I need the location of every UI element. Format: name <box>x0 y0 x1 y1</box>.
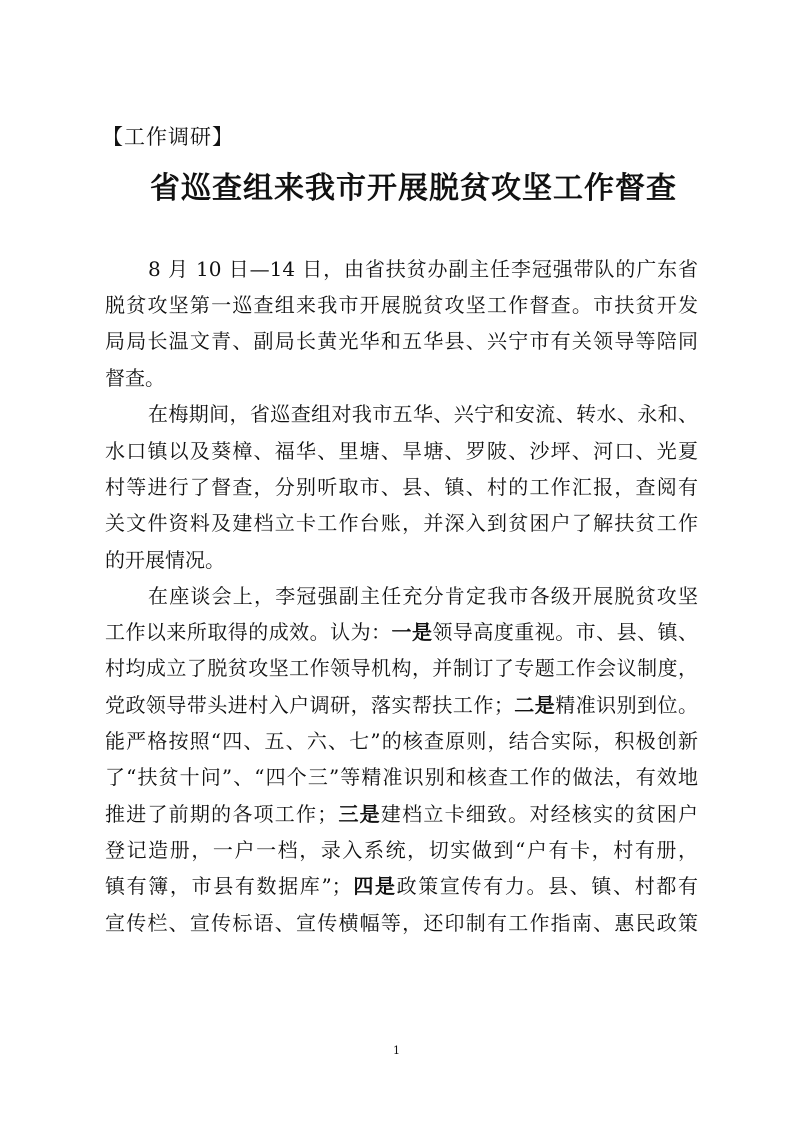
text-line: 了“扶贫十问”、“四个三”等精准识别和核查工作的做法，有效地 <box>105 763 698 791</box>
text-line: 登记造册，一户一档，录入系统，切实做到“户有卡，村有册， <box>105 836 698 864</box>
text-line: 推进了前期的各项工作；三是建档立卡细致。对经核实的贫困户 <box>105 800 698 828</box>
text-run: 党政领导带头进村入户调研，落实帮扶工作； <box>105 693 514 717</box>
text-line: 宣传栏、宣传标语、宣传横幅等，还印制有工作指南、惠民政策 <box>105 909 698 937</box>
text-line: 8 月 10 日—14 日，由省扶贫办副主任李冠强带队的广东省 <box>148 255 698 283</box>
text-run: 镇有簿，市县有数据库”； <box>105 874 352 898</box>
bold-term: 三是 <box>337 802 381 826</box>
text-run: 推进了前期的各项工作； <box>105 802 337 826</box>
text-line: 脱贫攻坚第一巡查组来我市开展脱贫攻坚工作督查。市扶贫开发 <box>105 291 698 319</box>
text-line: 村均成立了脱贫攻坚工作领导机构，并制订了专题工作会议制度， <box>105 654 698 682</box>
section-tag: 【工作调研】 <box>102 121 234 151</box>
text-line: 党政领导带头进村入户调研，落实帮扶工作；二是精准识别到位。 <box>105 691 698 719</box>
text-line: 村等进行了督查，分别听取市、县、镇、村的工作汇报，查阅有 <box>105 473 698 501</box>
text-line: 督查。 <box>105 364 698 392</box>
text-line: 在座谈会上，李冠强副主任充分肯定我市各级开展脱贫攻坚 <box>148 582 698 610</box>
text-line: 水口镇以及葵樟、福华、里塘、旱塘、罗陂、沙坪、河口、光夏 <box>105 437 698 465</box>
text-line: 局局长温文青、副局长黄光华和五华县、兴宁市有关领导等陪同 <box>105 327 698 355</box>
text-run: 政策宣传有力。县、镇、村都有 <box>397 874 698 898</box>
text-line: 能严格按照“四、五、六、七”的核查原则，结合实际，积极创新 <box>105 727 698 755</box>
text-line: 在梅期间，省巡查组对我市五华、兴宁和安流、转水、永和、 <box>148 400 698 428</box>
bold-term: 四是 <box>352 874 397 898</box>
bold-term: 二是 <box>514 693 555 717</box>
text-run: 建档立卡细致。对经核实的贫困户 <box>381 802 698 826</box>
text-run: 领导高度重视。市、县、镇、 <box>432 620 698 644</box>
page-number: 1 <box>393 1044 400 1057</box>
text-line: 镇有簿，市县有数据库”；四是政策宣传有力。县、镇、村都有 <box>105 872 698 900</box>
text-line: 工作以来所取得的成效。认为：一是领导高度重视。市、县、镇、 <box>105 618 698 646</box>
article-title: 省巡查组来我市开展脱贫攻坚工作督查 <box>150 163 645 207</box>
text-line: 的开展情况。 <box>105 546 698 574</box>
text-run: 工作以来所取得的成效。认为： <box>105 620 392 644</box>
text-line: 关文件资料及建档立卡工作台账，并深入到贫困户了解扶贫工作 <box>105 509 698 537</box>
bold-term: 一是 <box>392 620 433 644</box>
text-run: 精准识别到位。 <box>555 693 698 717</box>
